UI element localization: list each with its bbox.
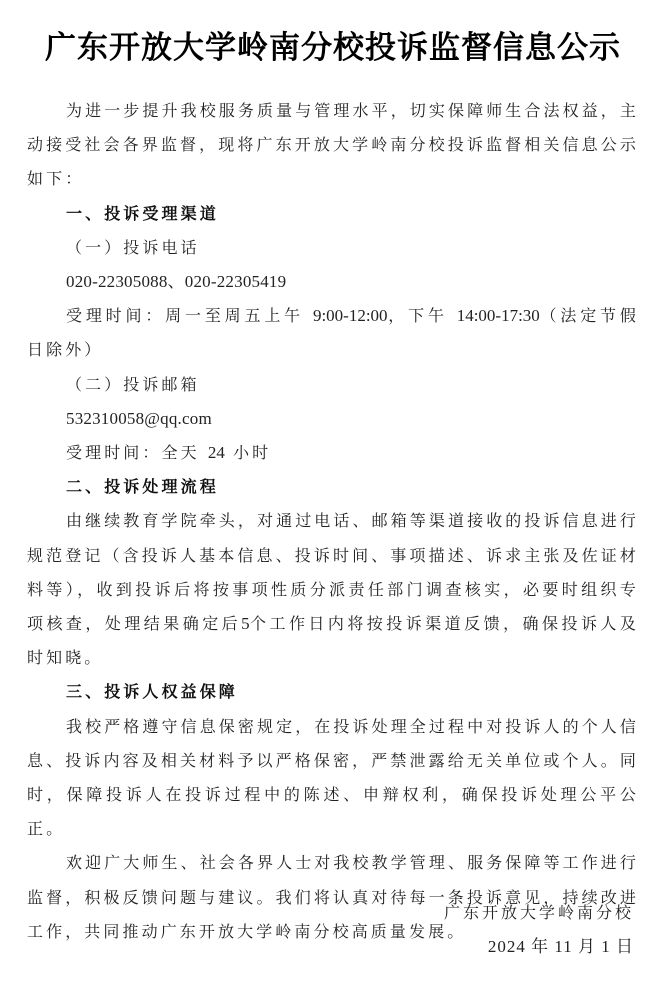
email-hours-label: 受理时间：全天	[66, 443, 208, 462]
email-subheading: （二）投诉邮箱	[27, 368, 639, 402]
email-hours-unit: 小时	[225, 443, 271, 462]
document-body: 为进一步提升我校服务质量与管理水平，切实保障师生合法权益，主动接受社会各界监督，…	[27, 94, 639, 949]
email-hours: 受理时间：全天 24 小时	[27, 436, 639, 470]
section-3-heading: 三、投诉人权益保障	[27, 675, 639, 709]
email-address: 532310058@qq.com	[27, 402, 639, 436]
section-2-heading: 二、投诉处理流程	[27, 470, 639, 504]
phone-hours-pm: 14:00-17:30	[457, 306, 540, 325]
section-2-paragraph: 由继续教育学院牵头，对通过电话、邮箱等渠道接收的投诉信息进行规范登记（含投诉人基…	[27, 504, 639, 675]
section-3-paragraph: 我校严格遵守信息保密规定，在投诉处理全过程中对投诉人的个人信息、投诉内容及相关材…	[27, 710, 639, 847]
document-title: 广东开放大学岭南分校投诉监督信息公示	[0, 22, 666, 67]
phone-subheading: （一）投诉电话	[27, 231, 639, 265]
phone-numbers: 020-22305088、020-22305419	[27, 265, 639, 299]
signature-date: 2024 年 11 月 1 日	[444, 930, 634, 964]
phone-hours-am: 9:00-12:00	[313, 306, 388, 325]
phone-hours-label: 受理时间：周一至周五上午	[66, 306, 313, 325]
signature-organization: 广东开放大学岭南分校	[444, 896, 634, 930]
phone-hours-mid: ，下午	[388, 306, 457, 325]
section-1-heading: 一、投诉受理渠道	[27, 197, 639, 231]
email-hours-num: 24	[208, 443, 225, 462]
section-2-days: 5	[241, 614, 250, 633]
intro-paragraph: 为进一步提升我校服务质量与管理水平，切实保障师生合法权益，主动接受社会各界监督，…	[27, 94, 639, 197]
signature-block: 广东开放大学岭南分校 2024 年 11 月 1 日	[444, 896, 634, 964]
phone-hours: 受理时间：周一至周五上午 9:00-12:00，下午 14:00-17:30（法…	[27, 299, 639, 367]
